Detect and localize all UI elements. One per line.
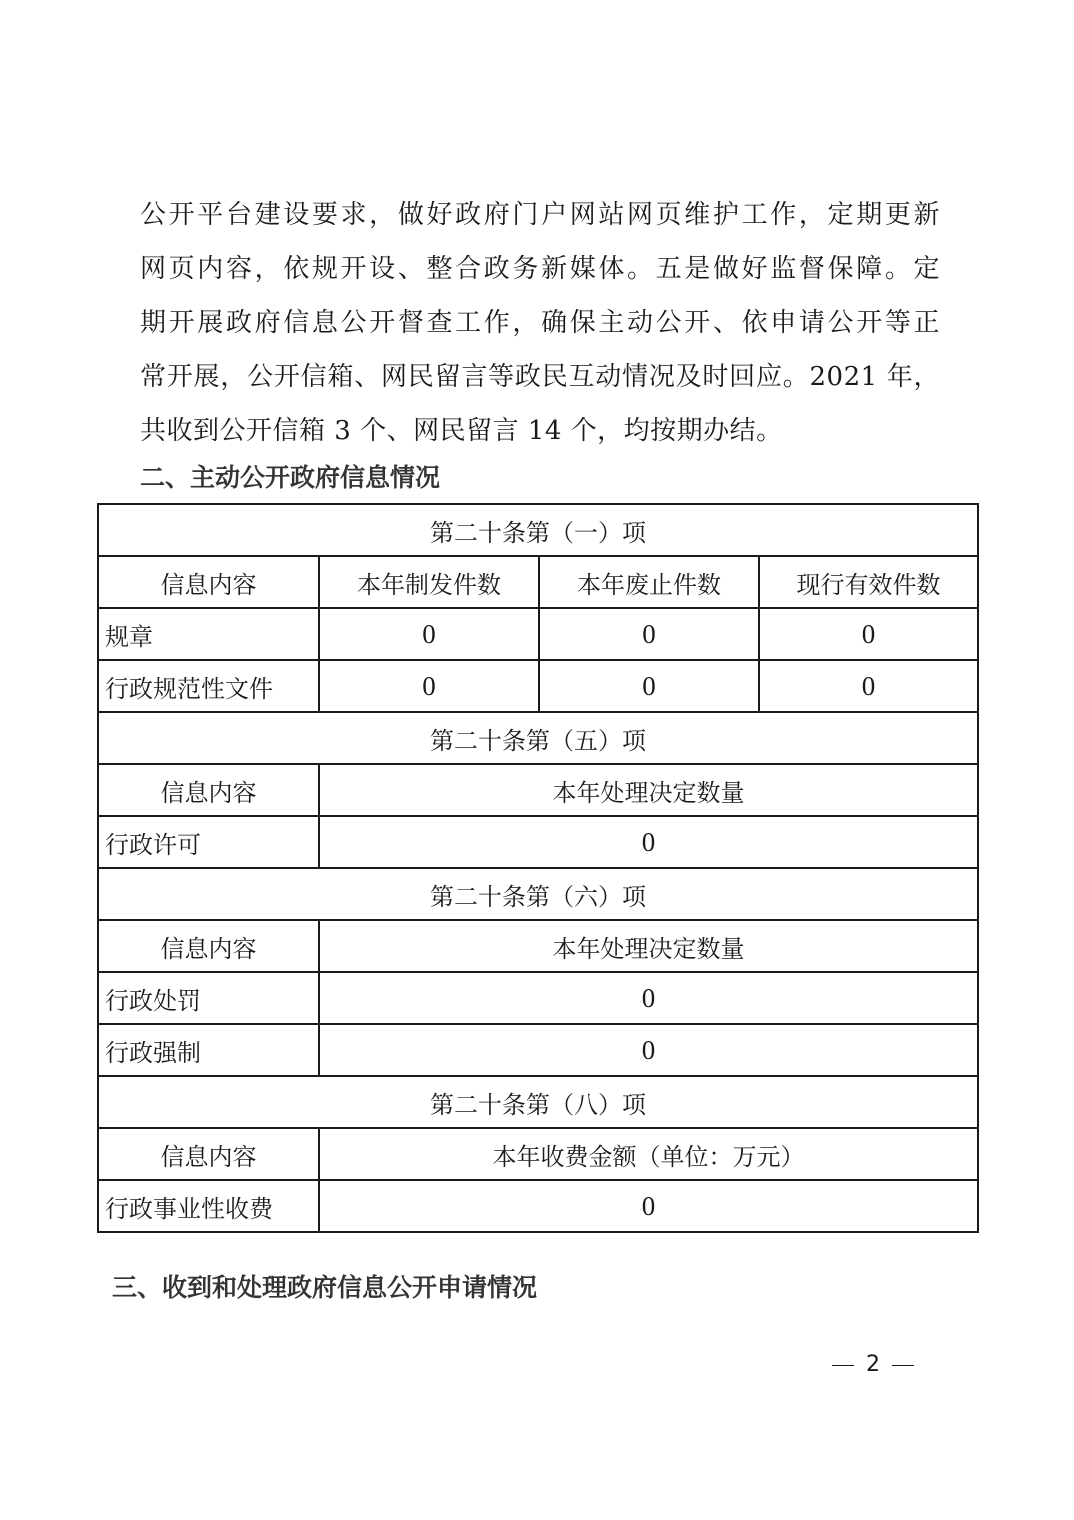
- disclosure-table: 第二十条第（一）项 信息内容 本年制发件数 本年废止件数 现行有效件数 规章 0…: [97, 503, 979, 1233]
- paragraph-line: 网页内容，依规开设、整合政务新媒体。五是做好监督保障。定: [140, 242, 940, 296]
- cell-value: 0: [319, 816, 978, 868]
- column-header: 信息内容: [98, 920, 319, 972]
- cell-value: 0: [759, 608, 978, 660]
- cell-value: 0: [319, 660, 539, 712]
- column-header: 本年处理决定数量: [319, 920, 978, 972]
- cell-value: 0: [759, 660, 978, 712]
- row-label: 行政事业性收费: [98, 1180, 319, 1232]
- column-header: 本年制发件数: [319, 556, 539, 608]
- column-header: 信息内容: [98, 1128, 319, 1180]
- paragraph-line: 公开平台建设要求，做好政府门户网站网页维护工作，定期更新: [140, 188, 940, 242]
- table-section-title-row: 第二十条第（八）项: [98, 1076, 978, 1128]
- row-label: 行政强制: [98, 1024, 319, 1076]
- column-header: 本年收费金额（单位：万元）: [319, 1128, 978, 1180]
- table-section-title-row: 第二十条第（五）项: [98, 712, 978, 764]
- section-title: 第二十条第（五）项: [98, 712, 978, 764]
- column-header: 现行有效件数: [759, 556, 978, 608]
- table-row: 规章 0 0 0: [98, 608, 978, 660]
- section-title: 第二十条第（八）项: [98, 1076, 978, 1128]
- column-header: 本年处理决定数量: [319, 764, 978, 816]
- table-header-row: 信息内容 本年制发件数 本年废止件数 现行有效件数: [98, 556, 978, 608]
- table-row: 行政事业性收费 0: [98, 1180, 978, 1232]
- dash-decoration: [832, 1365, 854, 1366]
- table-header-row: 信息内容 本年处理决定数量: [98, 920, 978, 972]
- row-label: 行政许可: [98, 816, 319, 868]
- table-row: 行政强制 0: [98, 1024, 978, 1076]
- section-title: 第二十条第（一）项: [98, 504, 978, 556]
- table-header-row: 信息内容 本年收费金额（单位：万元）: [98, 1128, 978, 1180]
- section-heading-application-handling: 三、收到和处理政府信息公开申请情况: [112, 1268, 537, 1304]
- row-label: 行政规范性文件: [98, 660, 319, 712]
- section-heading-proactive-disclosure: 二、主动公开政府信息情况: [140, 458, 440, 494]
- page-number-value: 2: [866, 1352, 880, 1377]
- paragraph-line: 常开展，公开信箱、网民留言等政民互动情况及时回应。2021 年，: [140, 350, 940, 404]
- page-number: 2: [820, 1352, 926, 1377]
- table-header-row: 信息内容 本年处理决定数量: [98, 764, 978, 816]
- cell-value: 0: [319, 1024, 978, 1076]
- body-paragraph: 公开平台建设要求，做好政府门户网站网页维护工作，定期更新 网页内容，依规开设、整…: [140, 188, 940, 458]
- table-section-title-row: 第二十条第（六）项: [98, 868, 978, 920]
- row-label: 行政处罚: [98, 972, 319, 1024]
- column-header: 信息内容: [98, 764, 319, 816]
- cell-value: 0: [319, 972, 978, 1024]
- row-label: 规章: [98, 608, 319, 660]
- dash-decoration: [892, 1365, 914, 1366]
- table-row: 行政规范性文件 0 0 0: [98, 660, 978, 712]
- cell-value: 0: [319, 1180, 978, 1232]
- cell-value: 0: [539, 608, 759, 660]
- table-section-title-row: 第二十条第（一）项: [98, 504, 978, 556]
- column-header: 信息内容: [98, 556, 319, 608]
- paragraph-line: 共收到公开信箱 3 个、网民留言 14 个，均按期办结。: [140, 404, 940, 458]
- section-title: 第二十条第（六）项: [98, 868, 978, 920]
- paragraph-line: 期开展政府信息公开督查工作，确保主动公开、依申请公开等正: [140, 296, 940, 350]
- table-row: 行政处罚 0: [98, 972, 978, 1024]
- column-header: 本年废止件数: [539, 556, 759, 608]
- table-row: 行政许可 0: [98, 816, 978, 868]
- cell-value: 0: [319, 608, 539, 660]
- cell-value: 0: [539, 660, 759, 712]
